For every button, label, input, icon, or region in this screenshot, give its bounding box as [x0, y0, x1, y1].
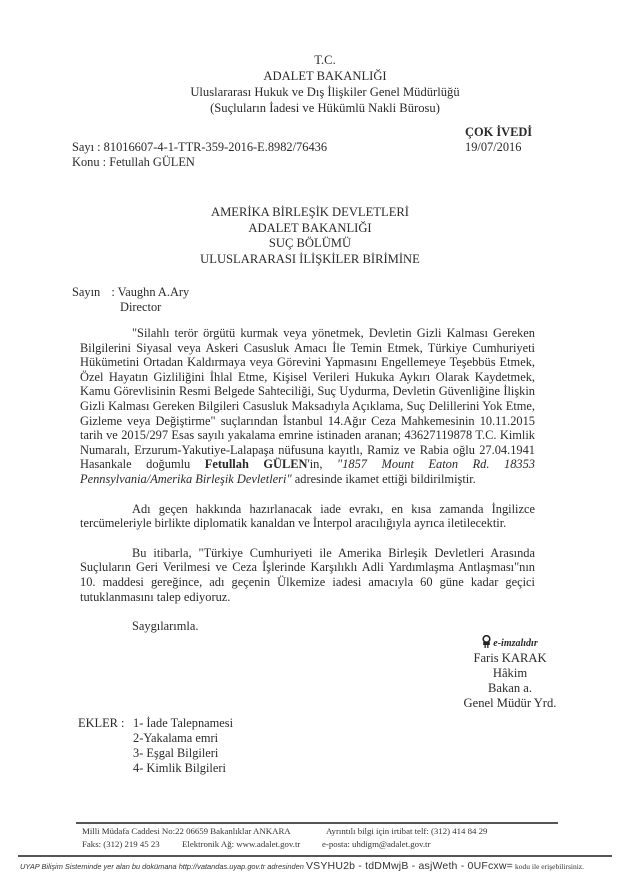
attachment-item: 1- İade Talepnamesi: [133, 716, 233, 731]
footer-address: Milli Müdafa Caddesi No:22 06659 Bakanlı…: [82, 825, 291, 837]
addressee-name: : Vaughn A.Ary: [111, 285, 189, 299]
attachment-item: 2-Yakalama emri: [133, 731, 218, 746]
reference-label: Sayı: [72, 140, 94, 154]
subject-name-bold: Fetullah GÜLEN: [205, 457, 308, 471]
uyap-verification-code: VSYHU2b - tdDMwjB - asjWeth - 0UFcxw=: [306, 860, 513, 872]
letterhead: T.C. ADALET BAKANLIĞI Uluslararası Hukuk…: [0, 52, 620, 116]
reference-number: : 81016607-4-1-TTR-359-2016-E.8982/76436: [97, 140, 327, 154]
closing: Saygılarımla.: [80, 619, 535, 634]
footer-divider: [76, 822, 558, 824]
recipient-line: ADALET BAKANLIĞI: [0, 221, 620, 237]
signatory-title: Hâkim: [430, 666, 590, 681]
addressee-label: Sayın: [72, 285, 100, 299]
paragraph-3: Bu itibarla, "Türkiye Cumhuriyeti ile Am…: [80, 546, 535, 604]
footer-fax: Faks: (312) 219 45 23: [82, 838, 160, 850]
signatory-name: Faris KARAK: [430, 651, 590, 666]
letterhead-bureau: (Suçluların İadesi ve Hükümlü Nakli Büro…: [0, 100, 620, 116]
paragraph-1: "Silahlı terör örgütü kurmak veya yönetm…: [80, 326, 535, 487]
recipient-line: SUÇ BÖLÜMÜ: [0, 236, 620, 252]
recipient-organization: AMERİKA BİRLEŞİK DEVLETLERİ ADALET BAKAN…: [0, 205, 620, 267]
attachments: EKLER : 1- İade Talepnamesi 2-Yakalama e…: [78, 716, 233, 776]
signatory-title: Genel Müdür Yrd.: [430, 696, 590, 711]
uyap-prefix: UYAP Bilişim Sisteminde yer alan bu dokü…: [20, 862, 304, 871]
document-date: 19/07/2016: [465, 140, 521, 155]
addressee: Sayın : Vaughn A.Ary Director: [72, 285, 189, 315]
paragraph-2: Adı geçen hakkında hazırlanacak iade evr…: [80, 502, 535, 531]
footer-website: Elektronik Ağ: www.adalet.gov.tr: [182, 838, 300, 850]
letterhead-tc: T.C.: [0, 52, 620, 68]
footer-email: e-posta: uhdigm@adalet.gov.tr: [322, 838, 430, 850]
letterhead-directorate: Uluslararası Hukuk ve Dış İlişkiler Gene…: [0, 84, 620, 100]
letterhead-ministry: ADALET BAKANLIĞI: [0, 68, 620, 84]
reference-line: Sayı : 81016607-4-1-TTR-359-2016-E.8982/…: [72, 140, 327, 155]
footer-contact-phone: Ayrıntılı bilgi için irtibat telf: (312)…: [326, 825, 487, 837]
subject-label: Konu: [72, 155, 100, 169]
uyap-suffix: kodu ile erişebilirsiniz.: [515, 862, 584, 871]
attachment-item: 3- Eşgal Bilgileri: [133, 746, 218, 761]
e-signature-stamp-icon: [482, 635, 491, 648]
uyap-verification: UYAP Bilişim Sisteminde yer alan bu dokü…: [20, 860, 584, 872]
recipient-line: AMERİKA BİRLEŞİK DEVLETLERİ: [0, 205, 620, 221]
attachments-label: EKLER :: [78, 716, 133, 731]
subject-value: : Fetullah GÜLEN: [103, 155, 195, 169]
uyap-divider: [18, 855, 612, 857]
urgency-label: ÇOK İVEDİ: [465, 125, 532, 140]
recipient-line: ULUSLARARASI İLİŞKİLER BİRİMİNE: [0, 252, 620, 268]
addressee-title: Director: [72, 300, 189, 315]
signature-block: e-imzalıdır Faris KARAK Hâkim Bakan a. G…: [430, 635, 590, 711]
attachment-item: 4- Kimlik Bilgileri: [133, 761, 226, 776]
subject-line: Konu : Fetullah GÜLEN: [72, 155, 195, 170]
signatory-title: Bakan a.: [430, 681, 590, 696]
e-signature-label: e-imzalıdır: [493, 638, 537, 649]
letter-body: "Silahlı terör örgütü kurmak veya yönetm…: [80, 326, 535, 634]
